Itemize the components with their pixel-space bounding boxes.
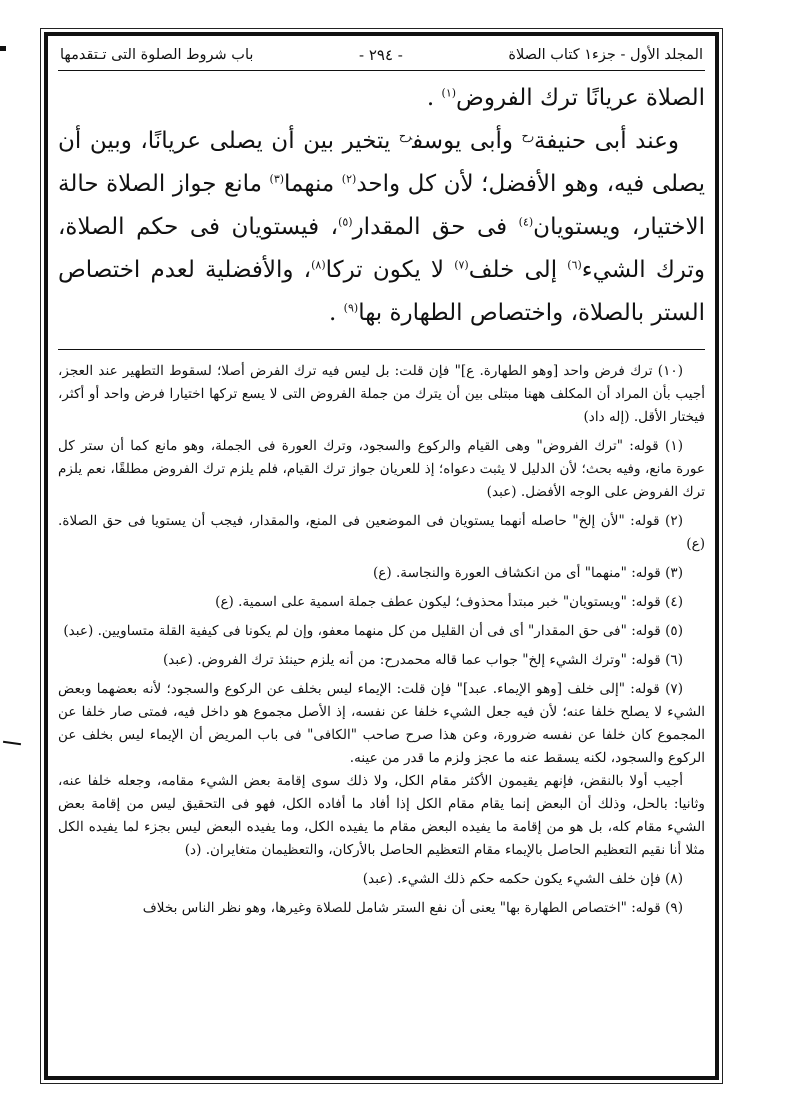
footnote-8: (٨) فإن خلف الشيء يكون حكمه حكم ذلك الشي… (58, 868, 705, 891)
footnote-ref[interactable]: (٥) (338, 215, 353, 228)
footnote-ref[interactable]: (٣) (270, 172, 285, 185)
footnotes: (١٠) ترك فرض واحد [وهو الطهارة. ع]" فإن … (58, 360, 705, 920)
footnote-ref[interactable]: (١) (442, 86, 457, 99)
footnote-10: (١٠) ترك فرض واحد [وهو الطهارة. ع]" فإن … (58, 360, 705, 429)
footnote-7-continued: أجيب أولا بالنقض، فإنهم يقيمون الأكثر مق… (58, 770, 705, 862)
book-page: المجلد الأول - جزء١ كتاب الصلاة - ٢٩٤ - … (52, 40, 711, 1072)
footnote-ref[interactable]: (٢) (342, 172, 357, 185)
footnote-ref[interactable]: (٧) (454, 258, 469, 271)
footnote-7: (٧) قوله: "إلى خلف [وهو الإيماء. عبد]" ف… (58, 678, 705, 770)
footnote-1: (١) قوله: "ترك الفروض" وهى القيام والركو… (58, 435, 705, 504)
scan-mark (0, 46, 6, 51)
footnote-ref[interactable]: (٨) (311, 258, 326, 271)
main-paragraph-2: وعند أبى حنيفةرح وأبى يوسفرح يتخير بين أ… (58, 120, 705, 335)
footnote-5: (٥) قوله: "فى حق المقدار" أى فى أن القلي… (58, 620, 705, 643)
footnote-3: (٣) قوله: "منهما" أى من انكشاف العورة وا… (58, 562, 705, 585)
footnote-4: (٤) قوله: "ويستويان" خبر مبتدأ محذوف؛ لي… (58, 591, 705, 614)
header-chapter: باب شروط الصلوة التى تـتقدمها (60, 47, 253, 63)
main-paragraph-1: الصلاة عريانًا ترك الفروض(١) . (58, 77, 705, 120)
running-header: المجلد الأول - جزء١ كتاب الصلاة - ٢٩٤ - … (58, 40, 705, 71)
header-volume-book: المجلد الأول - جزء١ كتاب الصلاة (508, 47, 703, 63)
scan-mark (3, 741, 21, 745)
footnote-2: (٢) قوله: "لأن إلخ" حاصله أنهما يستويان … (58, 510, 705, 556)
footnote-6: (٦) قوله: "وترك الشيء إلخ" جواب عما قاله… (58, 649, 705, 672)
footnote-ref[interactable]: (٦) (567, 258, 582, 271)
footnote-separator (58, 349, 705, 350)
main-text: الصلاة عريانًا ترك الفروض(١) . وعند أبى … (58, 77, 705, 335)
footnote-9: (٩) قوله: "اختصاص الطهارة بها" يعنى أن ن… (58, 897, 705, 920)
page-number: - ٢٩٤ - (359, 46, 403, 64)
footnote-ref[interactable]: (٤) (519, 215, 534, 228)
footnote-ref[interactable]: (٩) (344, 301, 359, 314)
